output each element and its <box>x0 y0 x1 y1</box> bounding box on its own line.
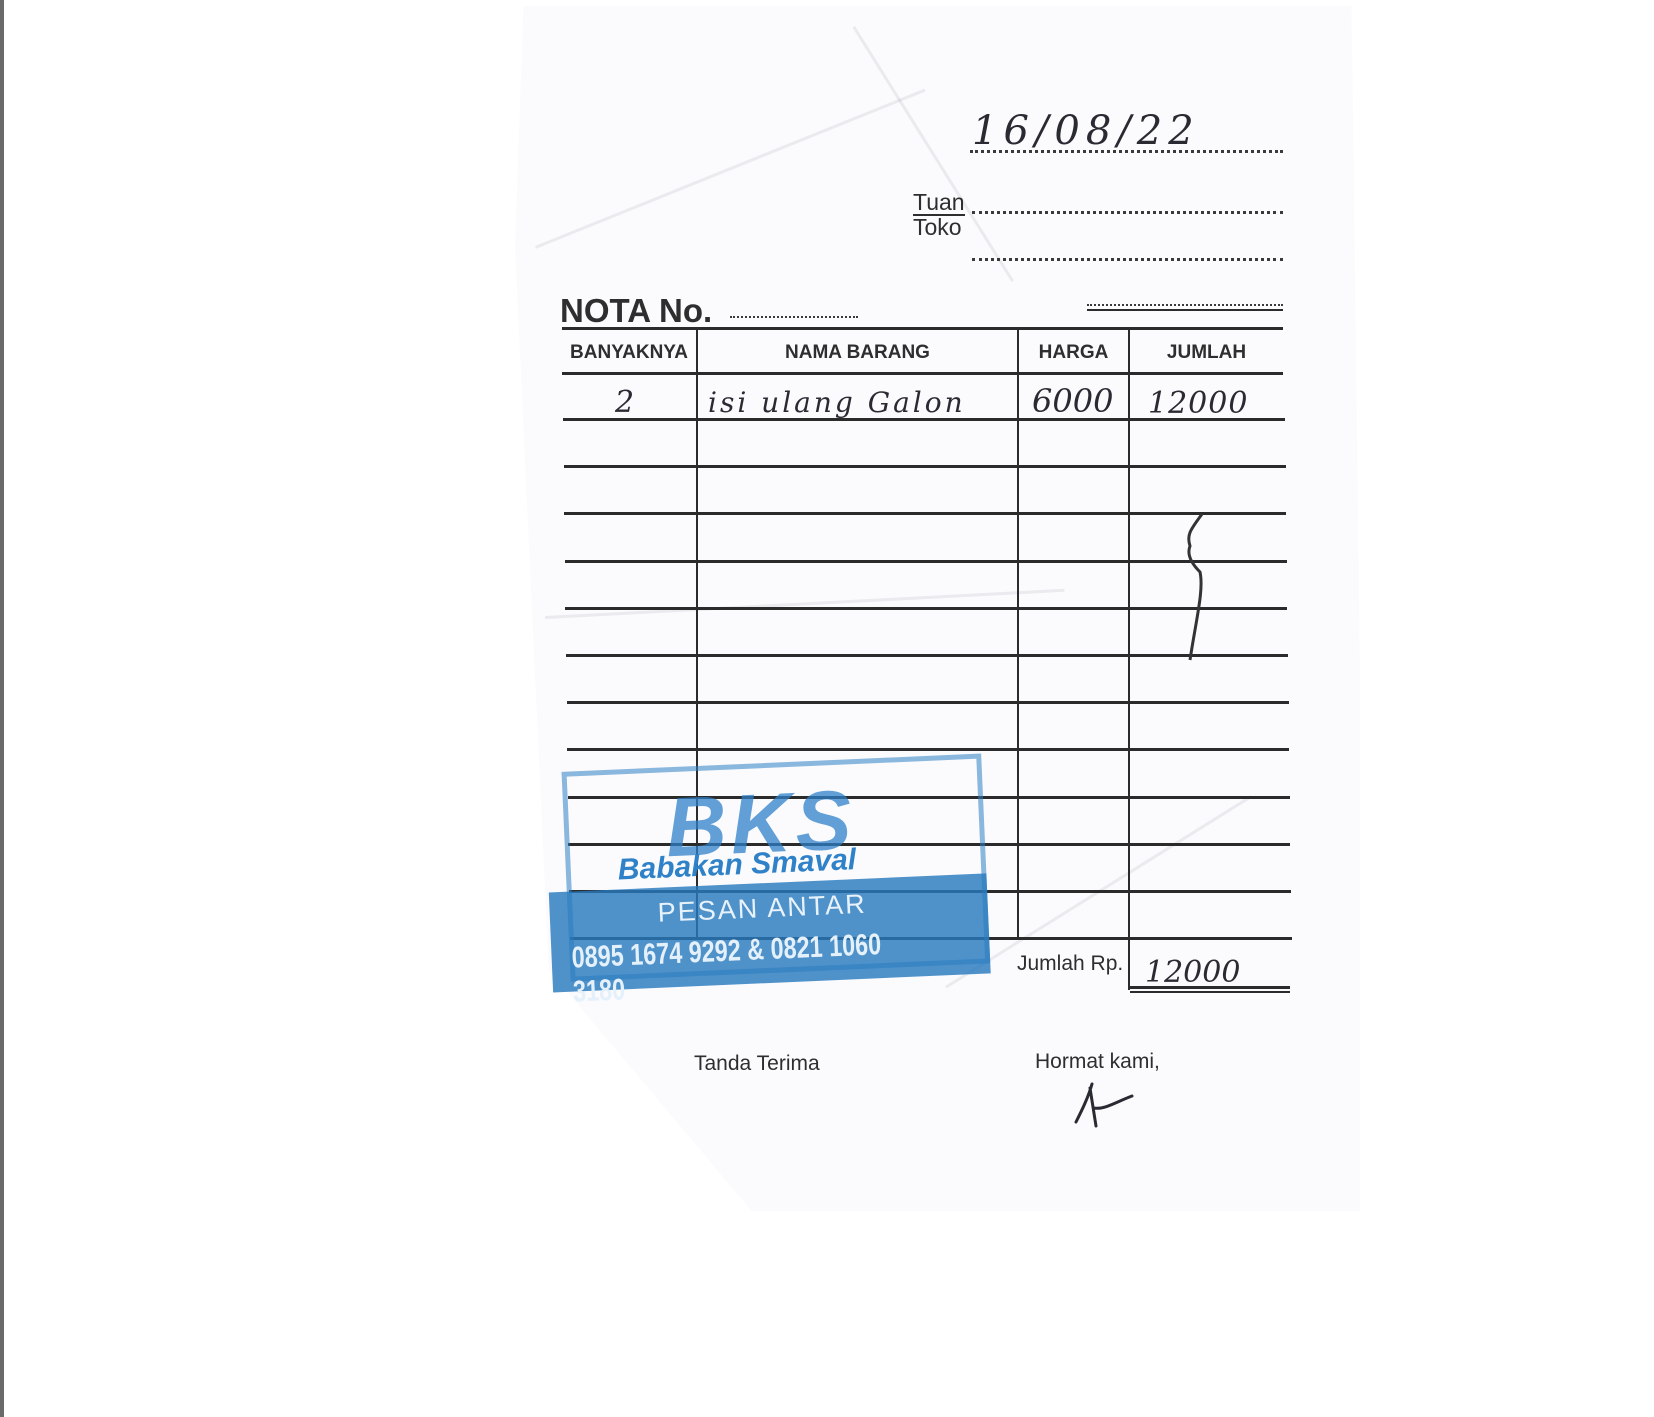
total-underline-2 <box>1130 991 1290 993</box>
header-harga: HARGA <box>1019 342 1128 364</box>
date-line <box>970 150 1283 153</box>
store-stamp: BKS Babakan Smaval PESAN ANTAR 0895 1674… <box>543 746 991 995</box>
stamp-phones: 0895 1674 9292 & 0821 1060 3180 <box>571 927 900 1009</box>
date-value: 16/08/22 <box>972 108 1200 154</box>
scanner-edge <box>0 0 4 1417</box>
customer-label-tuan: Tuan <box>913 190 965 216</box>
table-row-line <box>564 465 1286 468</box>
customer-label-toko: Toko <box>913 215 962 239</box>
header-jumlah: JUMLAH <box>1130 342 1283 364</box>
table-row-line <box>567 701 1289 704</box>
row-price: 6000 <box>1032 382 1113 420</box>
header-right-line-2 <box>1087 309 1283 311</box>
col-divider-3 <box>1128 329 1130 990</box>
table-top-border <box>562 327 1283 330</box>
sender-label: Hormat kami, <box>1035 1050 1160 1074</box>
total-underline-1 <box>1130 986 1290 989</box>
col-divider-2 <box>1017 329 1019 940</box>
header-nama-barang: NAMA BARANG <box>698 342 1017 364</box>
total-label: Jumlah Rp. <box>1017 952 1123 976</box>
customer-line-1 <box>972 211 1283 214</box>
squiggle-mark-icon <box>1170 510 1230 670</box>
customer-line-2 <box>972 258 1283 261</box>
header-banyaknya: BANYAKNYA <box>562 342 696 364</box>
table-header-border <box>562 372 1283 375</box>
nota-number-line <box>730 316 858 318</box>
header-right-line-1 <box>1087 304 1283 306</box>
total-value: 12000 <box>1145 955 1240 990</box>
row-amount: 12000 <box>1148 386 1248 421</box>
nota-number-label: NOTA No. <box>560 292 712 330</box>
row-item: isi ulang Galon <box>708 386 966 419</box>
row-qty: 2 <box>615 385 634 420</box>
signature-icon <box>1070 1080 1150 1130</box>
receiver-label: Tanda Terima <box>694 1052 820 1076</box>
